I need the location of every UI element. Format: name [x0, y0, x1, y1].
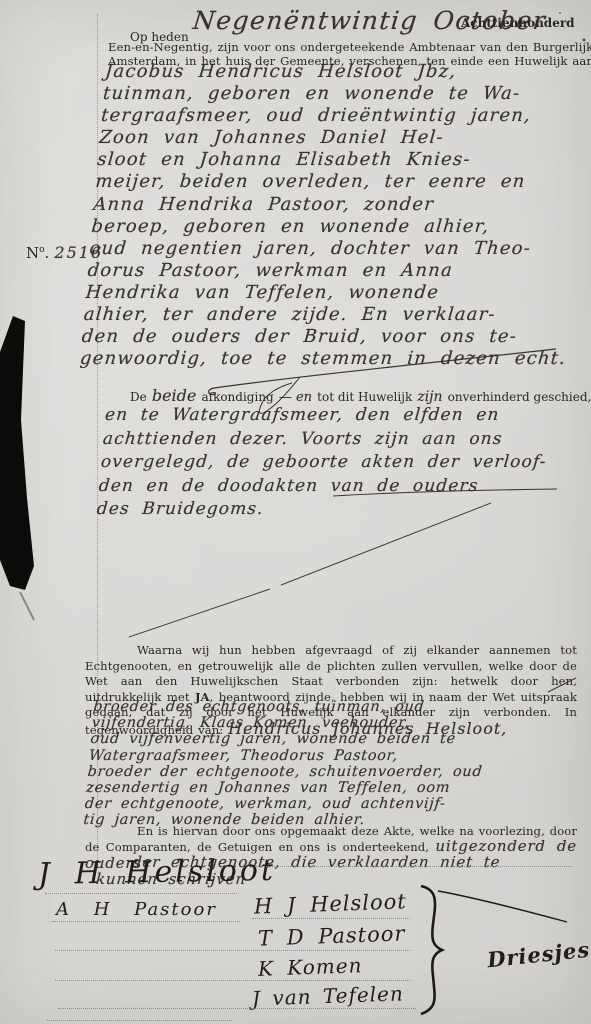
paper-speck	[583, 39, 586, 42]
artifact-shadow	[20, 592, 34, 620]
witness-brace	[421, 886, 442, 1014]
film-edge-artifact	[0, 316, 34, 590]
flourish-slash	[548, 678, 576, 692]
cancellation-stroke	[129, 589, 270, 637]
flourish-dash	[333, 489, 557, 496]
flourish-underline	[208, 349, 556, 394]
flourish-loop	[259, 377, 300, 413]
paper-speck	[559, 12, 561, 14]
cancellation-stroke	[281, 503, 491, 585]
ink-flourishes-overlay	[0, 0, 591, 1024]
brace-flourish	[438, 891, 567, 922]
marriage-record-scan: No. 2516 Op heden Negenëntwintig October…	[0, 0, 591, 1024]
